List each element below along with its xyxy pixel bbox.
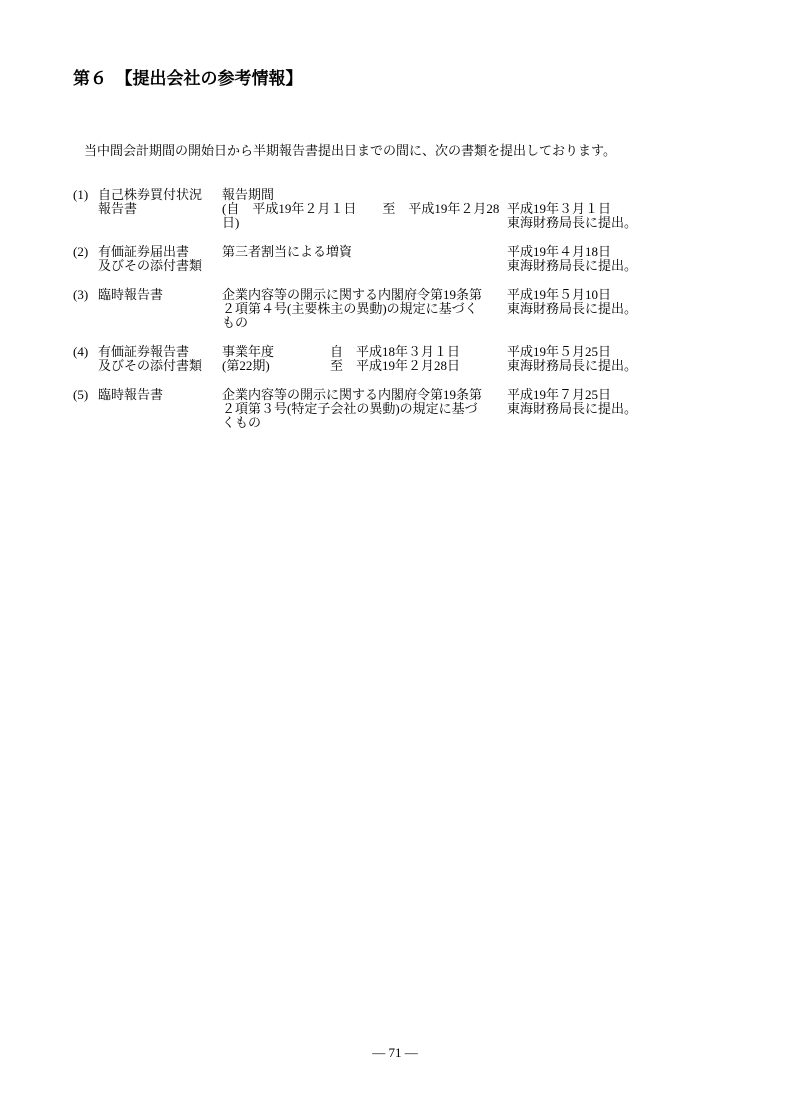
document-page: 第６ 【提出会社の参考情報】 当中間会計期間の開始日から半期報告書提出日までの間…	[0, 0, 790, 1118]
doc-number: (5)	[73, 388, 98, 402]
document-row: (2) 有価証券届出書 及びその添付書類 第三者割当による増資 平成19年４月1…	[73, 245, 723, 273]
doc-submission: 平成19年５月25日 東海財務局長に提出。	[507, 345, 687, 373]
submitted-documents-list: (1) 自己株券買付状況 報告書 報告期間 (自 平成19年２月１日 至 平成1…	[73, 188, 723, 445]
doc-description-text: 企業内容等の開示に関する内閣府令第19条第 ２項第４号(主要株主の異動)の規定に…	[222, 288, 482, 330]
doc-number: (3)	[73, 288, 98, 302]
doc-description: 報告期間 (自 平成19年２月１日 至 平成19年２月28日)	[222, 188, 507, 230]
doc-submission: 平成19年３月１日 東海財務局長に提出。	[507, 188, 687, 230]
document-row: (3) 臨時報告書 企業内容等の開示に関する内閣府令第19条第 ２項第４号(主要…	[73, 288, 723, 330]
page-title: 第６ 【提出会社の参考情報】	[73, 68, 303, 90]
doc-description-text: 報告期間 (自 平成19年２月１日 至 平成19年２月28日)	[222, 188, 507, 230]
doc-description: 第三者割当による増資	[222, 245, 507, 259]
doc-name: 有価証券届出書 及びその添付書類	[98, 245, 222, 273]
document-row: (4) 有価証券報告書 及びその添付書類 事業年度 (第22期) 自 平成18年…	[73, 345, 723, 373]
doc-description-text: 事業年度 (第22期)	[222, 345, 330, 373]
doc-number: (4)	[73, 345, 98, 359]
doc-description: 企業内容等の開示に関する内閣府令第19条第 ２項第３号(特定子会社の異動)の規定…	[222, 388, 507, 430]
doc-number: (2)	[73, 245, 98, 259]
doc-number: (1)	[73, 188, 98, 202]
doc-name: 自己株券買付状況 報告書	[98, 188, 222, 216]
doc-submission: 平成19年７月25日 東海財務局長に提出。	[507, 388, 687, 416]
doc-description-text: 企業内容等の開示に関する内閣府令第19条第 ２項第３号(特定子会社の異動)の規定…	[222, 388, 482, 430]
document-row: (5) 臨時報告書 企業内容等の開示に関する内閣府令第19条第 ２項第３号(特定…	[73, 388, 723, 430]
doc-description: 企業内容等の開示に関する内閣府令第19条第 ２項第４号(主要株主の異動)の規定に…	[222, 288, 507, 330]
doc-submission: 平成19年４月18日 東海財務局長に提出。	[507, 245, 687, 273]
intro-paragraph: 当中間会計期間の開始日から半期報告書提出日までの間に、次の書類を提出しております…	[84, 144, 730, 158]
page-number: ― 71 ―	[0, 1046, 790, 1060]
doc-description-text: 第三者割当による増資	[222, 245, 352, 259]
document-row: (1) 自己株券買付状況 報告書 報告期間 (自 平成19年２月１日 至 平成1…	[73, 188, 723, 230]
doc-period: 自 平成18年３月１日 至 平成19年２月28日	[330, 345, 460, 373]
doc-name: 臨時報告書	[98, 288, 222, 302]
doc-submission: 平成19年５月10日 東海財務局長に提出。	[507, 288, 687, 316]
doc-name: 有価証券報告書 及びその添付書類	[98, 345, 222, 373]
doc-name: 臨時報告書	[98, 388, 222, 402]
doc-description: 事業年度 (第22期) 自 平成18年３月１日 至 平成19年２月28日	[222, 345, 507, 373]
